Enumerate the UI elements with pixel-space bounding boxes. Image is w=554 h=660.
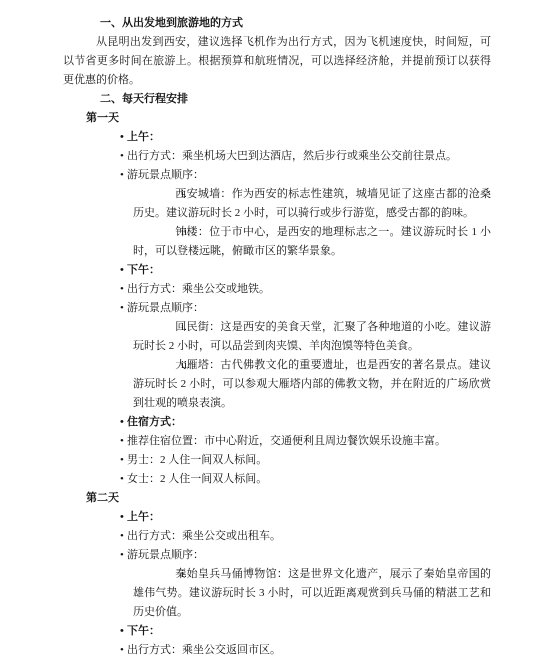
list-number: i. (157, 185, 175, 204)
numbered-text: 钟楼：位于市中心，是西安的地理标志之一。建议游玩时长 1 小时，可以登楼远眺，俯… (133, 226, 491, 257)
bullet-text: 下午： (127, 264, 160, 276)
bullet-icon: • (120, 432, 127, 451)
section-heading: 一、从出发地到旅游地的方式 (63, 14, 491, 33)
bullet-item: •下午： (63, 622, 491, 641)
bullet-item: •住宿方式： (63, 413, 491, 432)
bullet-icon: • (120, 128, 127, 147)
bullet-icon: • (120, 508, 127, 527)
paragraph: 从昆明出发到西安，建议选择飞机作为出行方式，因为飞机速度快，时间短，可以节省更多… (63, 33, 491, 90)
bullet-text: 出行方式：乘坐公交返回市区。 (127, 644, 281, 656)
bullet-icon: • (120, 413, 127, 432)
bullet-icon: • (120, 280, 127, 299)
bullet-item: •出行方式：乘坐公交或出租车。 (63, 527, 491, 546)
list-number: i. (157, 318, 175, 337)
bullet-text: 上午： (127, 131, 160, 143)
bullet-icon: • (120, 261, 127, 280)
numbered-item: i.回民街：这是西安的美食天堂，汇聚了各种地道的小吃。建议游玩时长 2 小时，可… (63, 318, 491, 356)
bullet-icon: • (120, 299, 127, 318)
bullet-item: •出行方式：乘坐公交或地铁。 (63, 280, 491, 299)
numbered-item: ii.钟楼：位于市中心，是西安的地理标志之一。建议游玩时长 1 小时，可以登楼远… (63, 223, 491, 261)
bullet-text: 女士：2 人住一间双人标间。 (127, 473, 267, 485)
bullet-text: 游玩景点顺序： (127, 549, 204, 561)
bullet-icon: • (120, 641, 127, 660)
bullet-icon: • (120, 546, 127, 565)
list-number: i. (157, 565, 175, 584)
bullet-text: 上午： (127, 511, 160, 523)
bullet-text: 出行方式：乘坐公交或出租车。 (127, 530, 281, 542)
bullet-text: 住宿方式： (127, 416, 182, 428)
section-heading: 二、每天行程安排 (63, 90, 491, 109)
bullet-icon: • (120, 147, 127, 166)
bullet-item: •上午： (63, 128, 491, 147)
numbered-text: 回民街：这是西安的美食天堂，汇聚了各种地道的小吃。建议游玩时长 2 小时，可以品… (133, 321, 491, 352)
list-number: ii. (157, 356, 175, 375)
numbered-text: 西安城墙：作为西安的标志性建筑，城墙见证了这座古都的沧桑历史。建议游玩时长 2 … (133, 188, 491, 219)
bullet-icon: • (120, 527, 127, 546)
bullet-icon: • (120, 622, 127, 641)
numbered-text: 秦始皇兵马俑博物馆：这是世界文化遗产，展示了秦始皇帝国的雄伟气势。建议游玩时长 … (133, 568, 491, 618)
bullet-text: 男士：2 人住一间双人标间。 (127, 454, 267, 466)
numbered-item: i.西安城墙：作为西安的标志性建筑，城墙见证了这座古都的沧桑历史。建议游玩时长 … (63, 185, 491, 223)
day-heading: 第一天 (63, 109, 491, 128)
bullet-text: 游玩景点顺序： (127, 302, 204, 314)
numbered-text: 大雁塔：古代佛教文化的重要遗址，也是西安的著名景点。建议游玩时长 2 小时，可以… (133, 359, 491, 409)
bullet-item: •游玩景点顺序： (63, 299, 491, 318)
bullet-icon: • (120, 451, 127, 470)
bullet-text: 下午： (127, 625, 160, 637)
bullet-item: •女士：2 人住一间双人标间。 (63, 470, 491, 489)
bullet-icon: • (120, 166, 127, 185)
bullet-item: •游玩景点顺序： (63, 166, 491, 185)
bullet-icon: • (120, 470, 127, 489)
bullet-item: •出行方式：乘坐公交返回市区。 (63, 641, 491, 660)
bullet-item: •游玩景点顺序： (63, 546, 491, 565)
numbered-item: ii.大雁塔：古代佛教文化的重要遗址，也是西安的著名景点。建议游玩时长 2 小时… (63, 356, 491, 413)
bullet-text: 游玩景点顺序： (127, 169, 204, 181)
bullet-text: 出行方式：乘坐公交或地铁。 (127, 283, 270, 295)
bullet-item: •男士：2 人住一间双人标间。 (63, 451, 491, 470)
bullet-text: 出行方式：乘坐机场大巴到达酒店，然后步行或乘坐公交前往景点。 (127, 150, 457, 162)
bullet-item: •出行方式：乘坐机场大巴到达酒店，然后步行或乘坐公交前往景点。 (63, 147, 491, 166)
numbered-item: i.秦始皇兵马俑博物馆：这是世界文化遗产，展示了秦始皇帝国的雄伟气势。建议游玩时… (63, 565, 491, 622)
bullet-item: •下午： (63, 261, 491, 280)
list-number: ii. (157, 223, 175, 242)
day-heading: 第二天 (63, 489, 491, 508)
document-content: 一、从出发地到旅游地的方式从昆明出发到西安，建议选择飞机作为出行方式，因为飞机速… (63, 14, 491, 660)
bullet-text: 推荐住宿位置：市中心附近，交通便利且周边餐饮娱乐设施丰富。 (127, 435, 446, 447)
bullet-item: •推荐住宿位置：市中心附近，交通便利且周边餐饮娱乐设施丰富。 (63, 432, 491, 451)
document-page: 一、从出发地到旅游地的方式从昆明出发到西安，建议选择飞机作为出行方式，因为飞机速… (0, 0, 554, 660)
bullet-item: •上午： (63, 508, 491, 527)
